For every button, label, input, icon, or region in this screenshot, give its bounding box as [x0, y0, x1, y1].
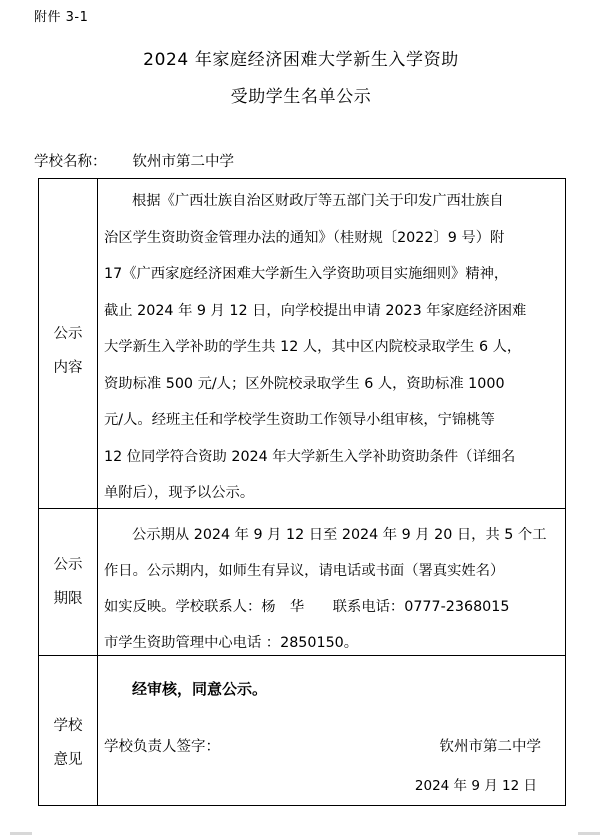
announcement-content-text: 根据《广西壮族自治区财政厅等五部门关于印发广西壮族自 治区学生资助资金管理办法的… [98, 179, 565, 508]
school-name-line: 学校名称：钦州市第二中学 [34, 150, 234, 171]
row-announcement-period: 公示 期限 公示期从 2024 年 9 月 12 日至 2024 年 9 月 2… [39, 509, 565, 656]
label-line: 公示 [54, 317, 83, 351]
label-line: 期限 [54, 582, 83, 616]
content-line: 单附后），现予以公示。 [104, 475, 557, 512]
approval-statement: 经审核，同意公示。 [132, 678, 267, 699]
announcement-period-text: 公示期从 2024 年 9 月 12 日至 2024 年 9 月 20 日，共 … [98, 509, 565, 655]
content-line: 如实反映。学校联系人：杨 华 联系电话：0777-2368015 [104, 589, 557, 625]
label-line: 意见 [54, 743, 83, 777]
content-line: 作日。公示期内，如师生有异议，请电话或书面（署真实姓名） [104, 553, 557, 589]
signer-label: 学校负责人签字： [104, 735, 220, 756]
label-announcement-period: 公示 期限 [39, 509, 98, 655]
school-name-value: 钦州市第二中学 [133, 154, 235, 170]
organization-name: 钦州市第二中学 [440, 735, 542, 756]
content-line: 元/人。经班主任和学校学生资助工作领导小组审核，宁锦桃等 [104, 402, 557, 439]
signature-date: 2024 年 9 月 12 日 [415, 774, 537, 794]
document-title-line-1: 2024 年家庭经济困难大学新生入学资助 [0, 45, 602, 70]
content-line: 公示期从 2024 年 9 月 12 日至 2024 年 9 月 20 日，共 … [104, 517, 557, 553]
content-line: 治区学生资助资金管理办法的通知》（桂财规〔2022〕9 号）附 [104, 220, 557, 257]
content-line: 资助标准 500 元/人；区外院校录取学生 6 人，资助标准 1000 [104, 366, 557, 403]
content-line: 17《广西家庭经济困难大学新生入学资助项目实施细则》精神， [104, 256, 557, 293]
label-line: 学校 [54, 709, 83, 743]
label-school-opinion: 学校 意见 [39, 656, 98, 805]
label-line: 公示 [54, 548, 83, 582]
content-line: 根据《广西壮族自治区财政厅等五部门关于印发广西壮族自 [104, 183, 557, 220]
label-line: 内容 [54, 351, 83, 385]
document-title-line-2: 受助学生名单公示 [0, 82, 602, 107]
content-line: 大学新生入学补助的学生共 12 人，其中区内院校录取学生 6 人， [104, 329, 557, 366]
row-school-opinion: 学校 意见 经审核，同意公示。 学校负责人签字： 钦州市第二中学 2024 年 … [39, 656, 565, 805]
announcement-table: 公示 内容 根据《广西壮族自治区财政厅等五部门关于印发广西壮族自 治区学生资助资… [38, 178, 566, 806]
row-announcement-content: 公示 内容 根据《广西壮族自治区财政厅等五部门关于印发广西壮族自 治区学生资助资… [39, 179, 565, 509]
content-line: 12 位同学符合资助 2024 年大学新生入学补助资助条件（详细名 [104, 439, 557, 476]
label-announcement-content: 公示 内容 [39, 179, 98, 508]
school-opinion-content: 经审核，同意公示。 学校负责人签字： 钦州市第二中学 2024 年 9 月 12… [98, 656, 565, 805]
attachment-label: 附件 3-1 [34, 6, 88, 25]
content-line: 截止 2024 年 9 月 12 日，向学校提出申请 2023 年家庭经济困难 [104, 293, 557, 330]
school-name-label: 学校名称： [34, 154, 107, 170]
